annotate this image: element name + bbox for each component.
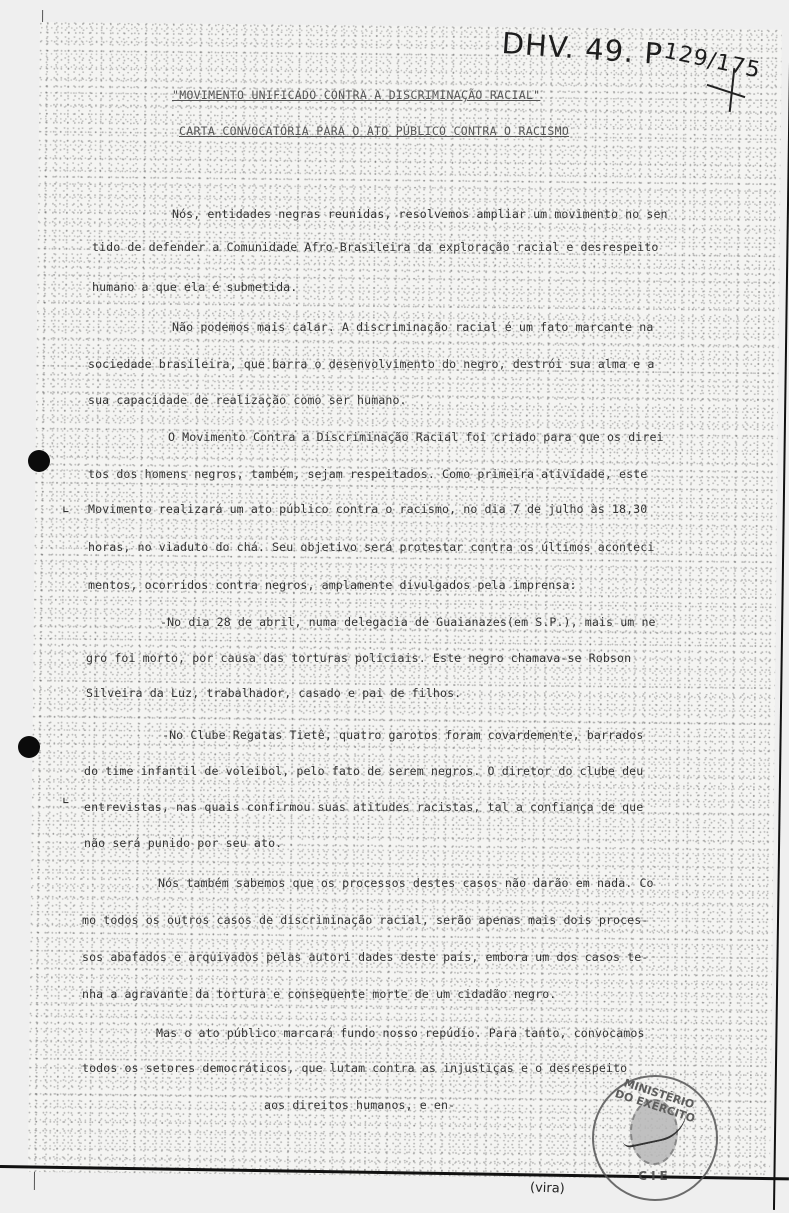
text-line: horas, no viaduto do chá. Seu objetivo s… bbox=[88, 540, 654, 554]
text-line: -No dia 28 de abril, numa delegacia de G… bbox=[160, 615, 656, 629]
text-line: mo todos os outros casos de discriminaçã… bbox=[82, 913, 648, 927]
document-title: "MOVIMENTO UNIFICADO CONTRA A DISCRIMINA… bbox=[172, 88, 540, 102]
text-line: aos direitos humanos, e en- bbox=[264, 1098, 455, 1112]
text-line: sociedade brasileira, que barra o desenv… bbox=[88, 357, 654, 371]
text-line: nha a agravante da tortura e consequente… bbox=[82, 987, 556, 1001]
margin-bracket-icon: ⌞ bbox=[62, 496, 70, 515]
text-line: entrevistas, nas quais confirmou suas at… bbox=[84, 800, 643, 814]
continuation-note: (vira) bbox=[530, 1180, 565, 1196]
cross-mark-icon bbox=[706, 68, 756, 112]
document-sheet bbox=[28, 22, 782, 1180]
document-subtitle: CARTA CONVOCATÓRIA PARA O ATO PÚBLICO CO… bbox=[179, 124, 569, 138]
text-line: gro foi morto, por causa das torturas po… bbox=[86, 651, 631, 665]
text-line: -No Clube Regatas Tietê, quatro garotos … bbox=[162, 728, 643, 742]
text-line: O Movimento Contra a Discriminação Racia… bbox=[168, 430, 664, 444]
text-line: Nós também sabemos que os processos dest… bbox=[158, 876, 654, 890]
stamp-bottom-text: CIE bbox=[632, 1169, 678, 1183]
text-line: do time infantil de voleibol, pelo fato … bbox=[84, 764, 643, 778]
punch-hole-bottom bbox=[18, 736, 40, 758]
text-line: Mas o ato público marcará fundo nosso re… bbox=[156, 1026, 645, 1040]
text-line: Nós, entidades negras reunidas, resolvem… bbox=[172, 207, 668, 221]
text-line: Não podemos mais calar. A discriminação … bbox=[172, 320, 653, 334]
text-line: sos abafados e arquivados pelas autori d… bbox=[82, 950, 648, 964]
text-line: todos os setores democráticos, que lutam… bbox=[82, 1061, 627, 1075]
punch-hole-top bbox=[28, 450, 50, 472]
text-line: tido de defender a Comunidade Afro-Brasi… bbox=[92, 240, 658, 254]
text-line: sua capacidade de realização como ser hu… bbox=[88, 393, 407, 407]
text-line: humano a que ela é submetida. bbox=[92, 280, 297, 294]
text-line: Movimento realizará um ato público contr… bbox=[88, 502, 647, 516]
text-line: Silveira da Luz, trabalhador, casado e p… bbox=[86, 686, 461, 700]
margin-bracket-icon: ⌞ bbox=[62, 787, 70, 806]
text-line: tos dos homens negros, também, sejam res… bbox=[88, 467, 647, 481]
text-line: não será punido por seu ato. bbox=[84, 836, 282, 850]
text-line: mentos, ocorridos contra negros, amplame… bbox=[88, 578, 577, 592]
